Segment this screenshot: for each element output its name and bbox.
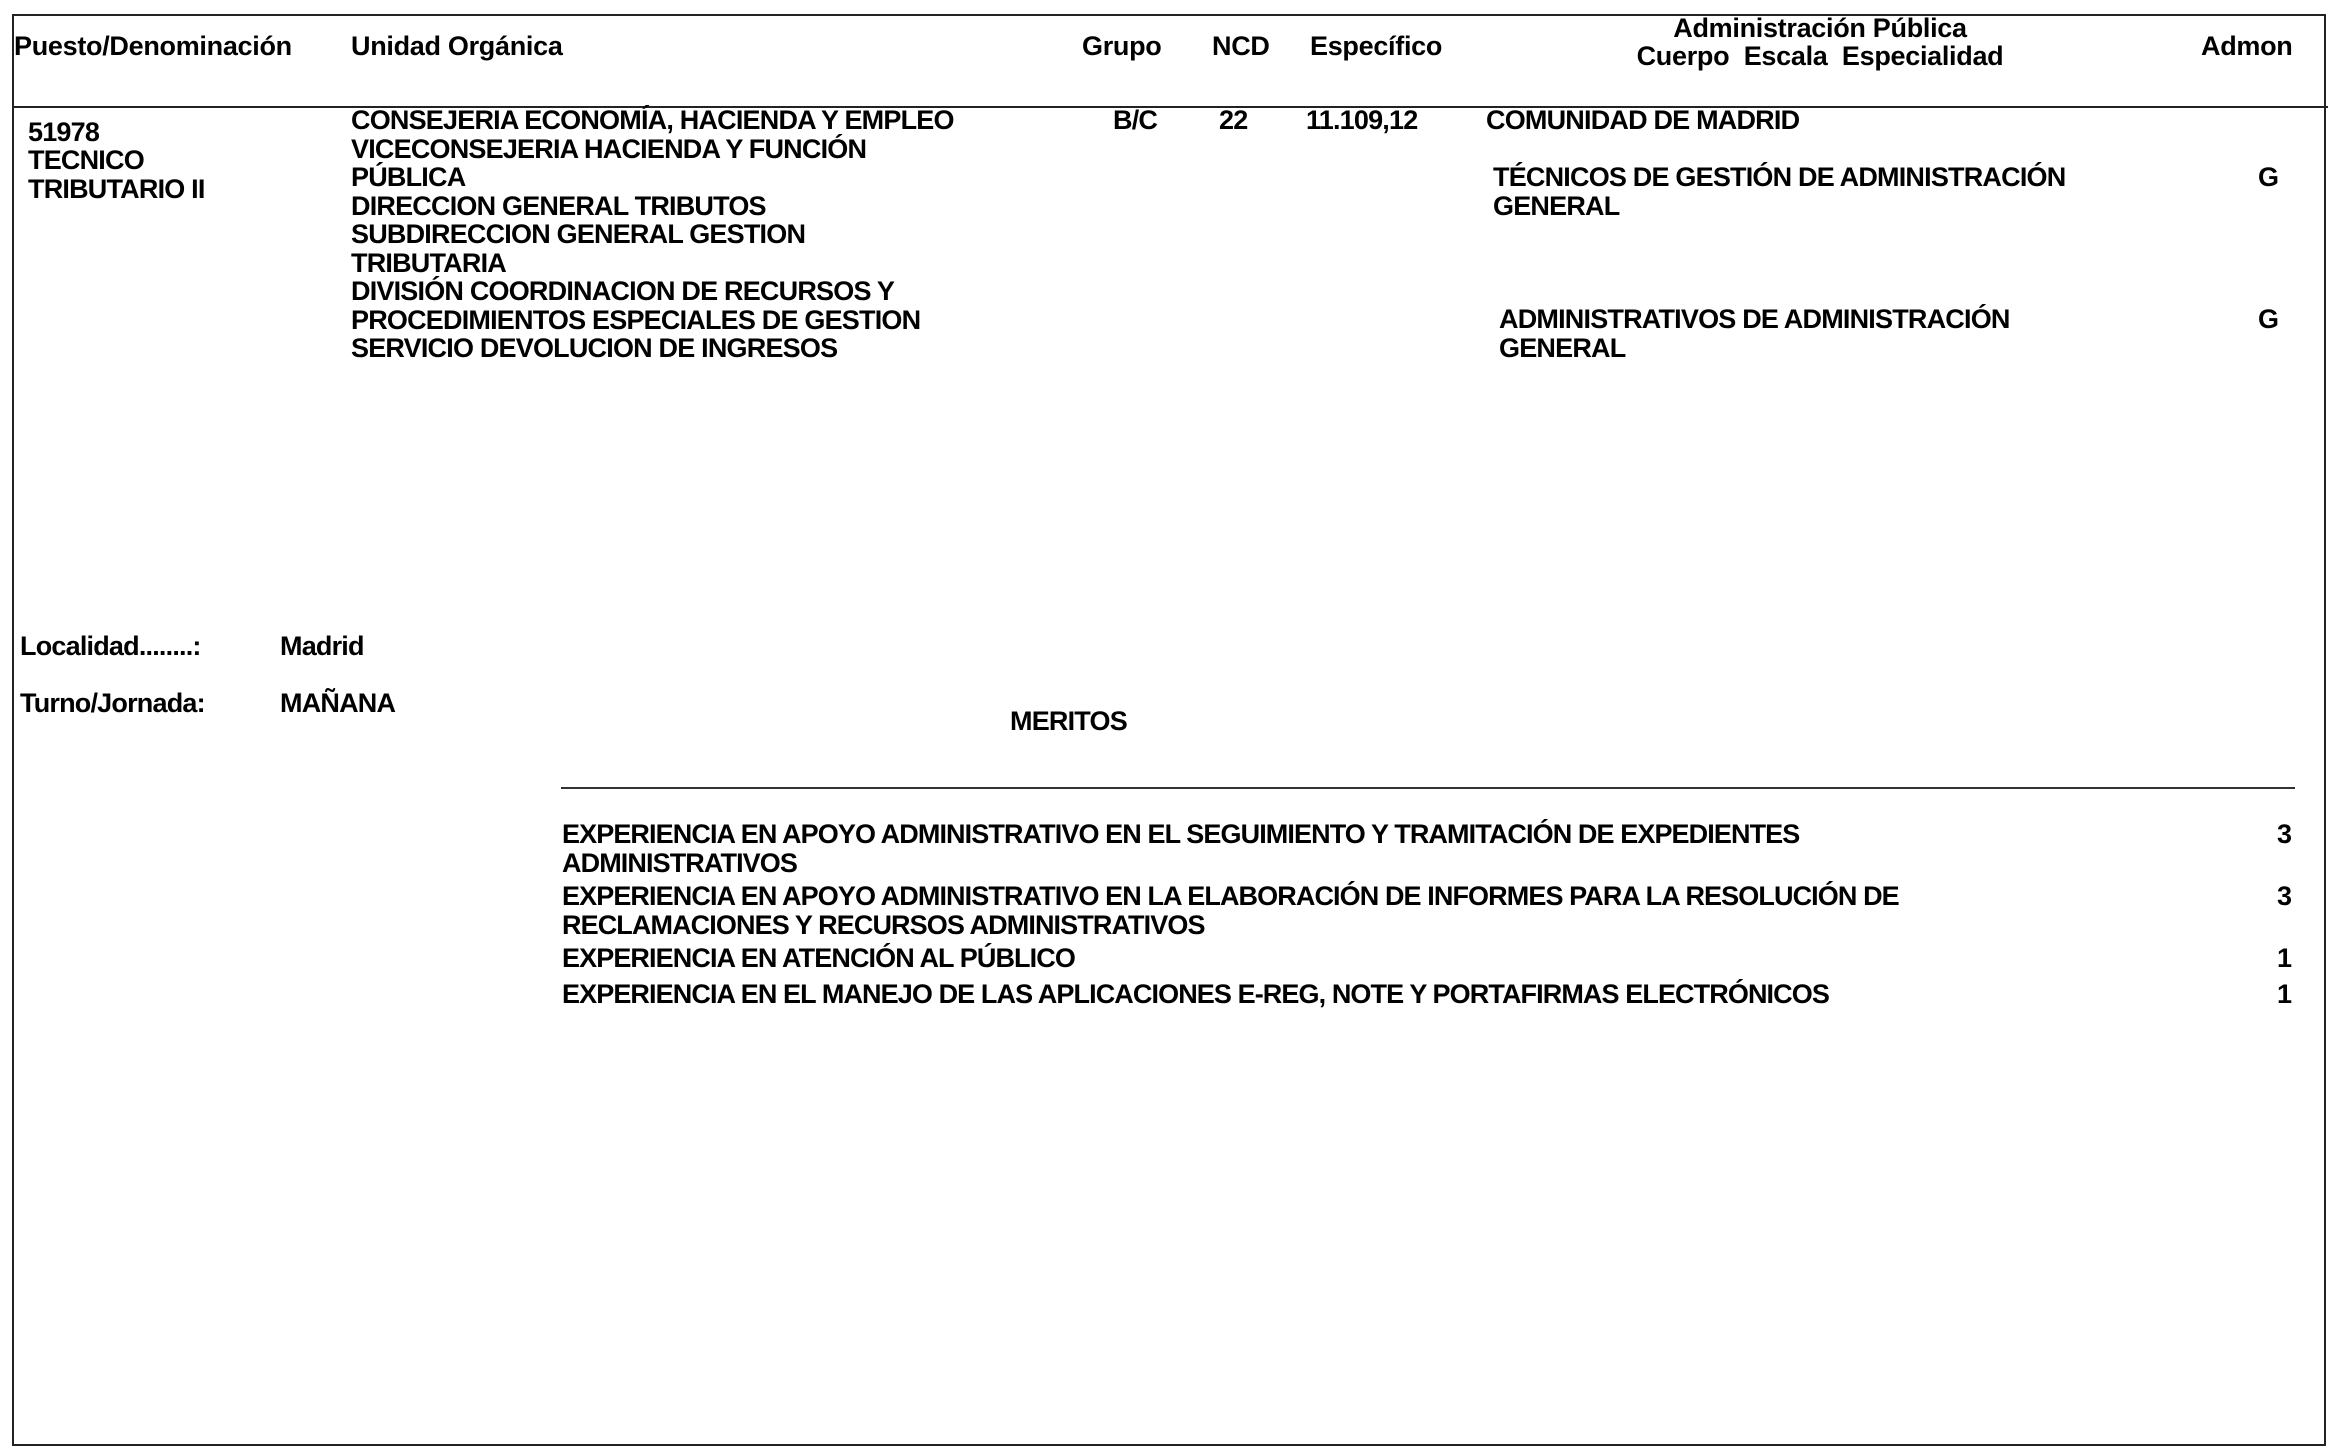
merit-points: 1 xyxy=(2277,980,2292,1009)
merit-text: EXPERIENCIA EN APOYO ADMINISTRATIVO EN L… xyxy=(562,882,1962,939)
merit-points: 1 xyxy=(2277,944,2292,973)
cuerpo-line: GENERAL xyxy=(1493,192,2065,221)
cuerpo-1: TÉCNICOS DE GESTIÓN DE ADMINISTRACIÓN GE… xyxy=(1493,163,2065,220)
localidad-label: Localidad........: xyxy=(20,632,201,661)
grupo-value: B/C xyxy=(1113,106,1157,135)
administracion-value: COMUNIDAD DE MADRID xyxy=(1486,106,1799,135)
cuerpo-line: ADMINISTRATIVOS DE ADMINISTRACIÓN xyxy=(1499,305,2010,334)
merit-item: EXPERIENCIA EN ATENCIÓN AL PÚBLICO 1 xyxy=(562,944,2292,973)
merit-points: 3 xyxy=(2277,820,2292,849)
header-puesto: Puesto/Denominación xyxy=(14,32,292,61)
header-admin-line2: Cuerpo Escala Especialidad xyxy=(1580,42,2060,71)
header-admon: Admon xyxy=(2201,32,2292,61)
merit-text: EXPERIENCIA EN ATENCIÓN AL PÚBLICO xyxy=(562,944,1962,973)
unidad-line: DIRECCION GENERAL TRIBUTOS xyxy=(351,192,954,221)
puesto-name: TECNICO TRIBUTARIO II xyxy=(28,146,205,203)
header-grupo: Grupo xyxy=(1082,32,1162,61)
header-especifico: Específico xyxy=(1310,32,1442,61)
unidad-line: SERVICIO DEVOLUCION DE INGRESOS xyxy=(351,334,954,363)
merit-text: EXPERIENCIA EN EL MANEJO DE LAS APLICACI… xyxy=(562,980,2262,1009)
cuerpo-2: ADMINISTRATIVOS DE ADMINISTRACIÓN GENERA… xyxy=(1499,305,2010,362)
cuerpo-line: TÉCNICOS DE GESTIÓN DE ADMINISTRACIÓN xyxy=(1493,163,2065,192)
unidad-organica: CONSEJERIA ECONOMÍA, HACIENDA Y EMPLEO V… xyxy=(351,106,954,363)
unidad-line: TRIBUTARIA xyxy=(351,249,954,278)
unidad-line: CONSEJERIA ECONOMÍA, HACIENDA Y EMPLEO xyxy=(351,106,954,135)
turno-value: MAÑANA xyxy=(280,689,395,718)
unidad-line: VICECONSEJERIA HACIENDA Y FUNCIÓN xyxy=(351,135,954,164)
merit-points: 3 xyxy=(2277,882,2292,911)
merit-item: EXPERIENCIA EN APOYO ADMINISTRATIVO EN L… xyxy=(562,882,2292,939)
merit-item: EXPERIENCIA EN EL MANEJO DE LAS APLICACI… xyxy=(562,980,2292,1009)
header-admin-line1: Administración Pública xyxy=(1580,14,2060,43)
especifico-value: 11.109,12 xyxy=(1306,106,1417,135)
localidad-value: Madrid xyxy=(280,632,364,661)
merit-item: EXPERIENCIA EN APOYO ADMINISTRATIVO EN E… xyxy=(562,820,2292,877)
cuerpo-1-admon: G xyxy=(2258,163,2278,192)
unidad-line: PROCEDIMIENTOS ESPECIALES DE GESTION xyxy=(351,306,954,335)
header-ncd: NCD xyxy=(1212,32,1270,61)
cuerpo-2-admon: G xyxy=(2258,305,2278,334)
puesto-name-line: TECNICO xyxy=(28,146,205,175)
unidad-line: SUBDIRECCION GENERAL GESTION xyxy=(351,220,954,249)
merit-text: EXPERIENCIA EN APOYO ADMINISTRATIVO EN E… xyxy=(562,820,1962,877)
merits-divider xyxy=(561,787,2295,789)
merits-title: MERITOS xyxy=(1010,707,1127,736)
puesto-name-line: TRIBUTARIO II xyxy=(28,175,205,204)
cuerpo-line: GENERAL xyxy=(1499,334,2010,363)
ncd-value: 22 xyxy=(1219,106,1247,135)
puesto-code: 51978 xyxy=(28,118,99,147)
unidad-line: PÚBLICA xyxy=(351,163,954,192)
turno-label: Turno/Jornada: xyxy=(20,689,205,718)
header-unidad: Unidad Orgánica xyxy=(351,32,563,61)
unidad-line: DIVISIÓN COORDINACION DE RECURSOS Y xyxy=(351,277,954,306)
